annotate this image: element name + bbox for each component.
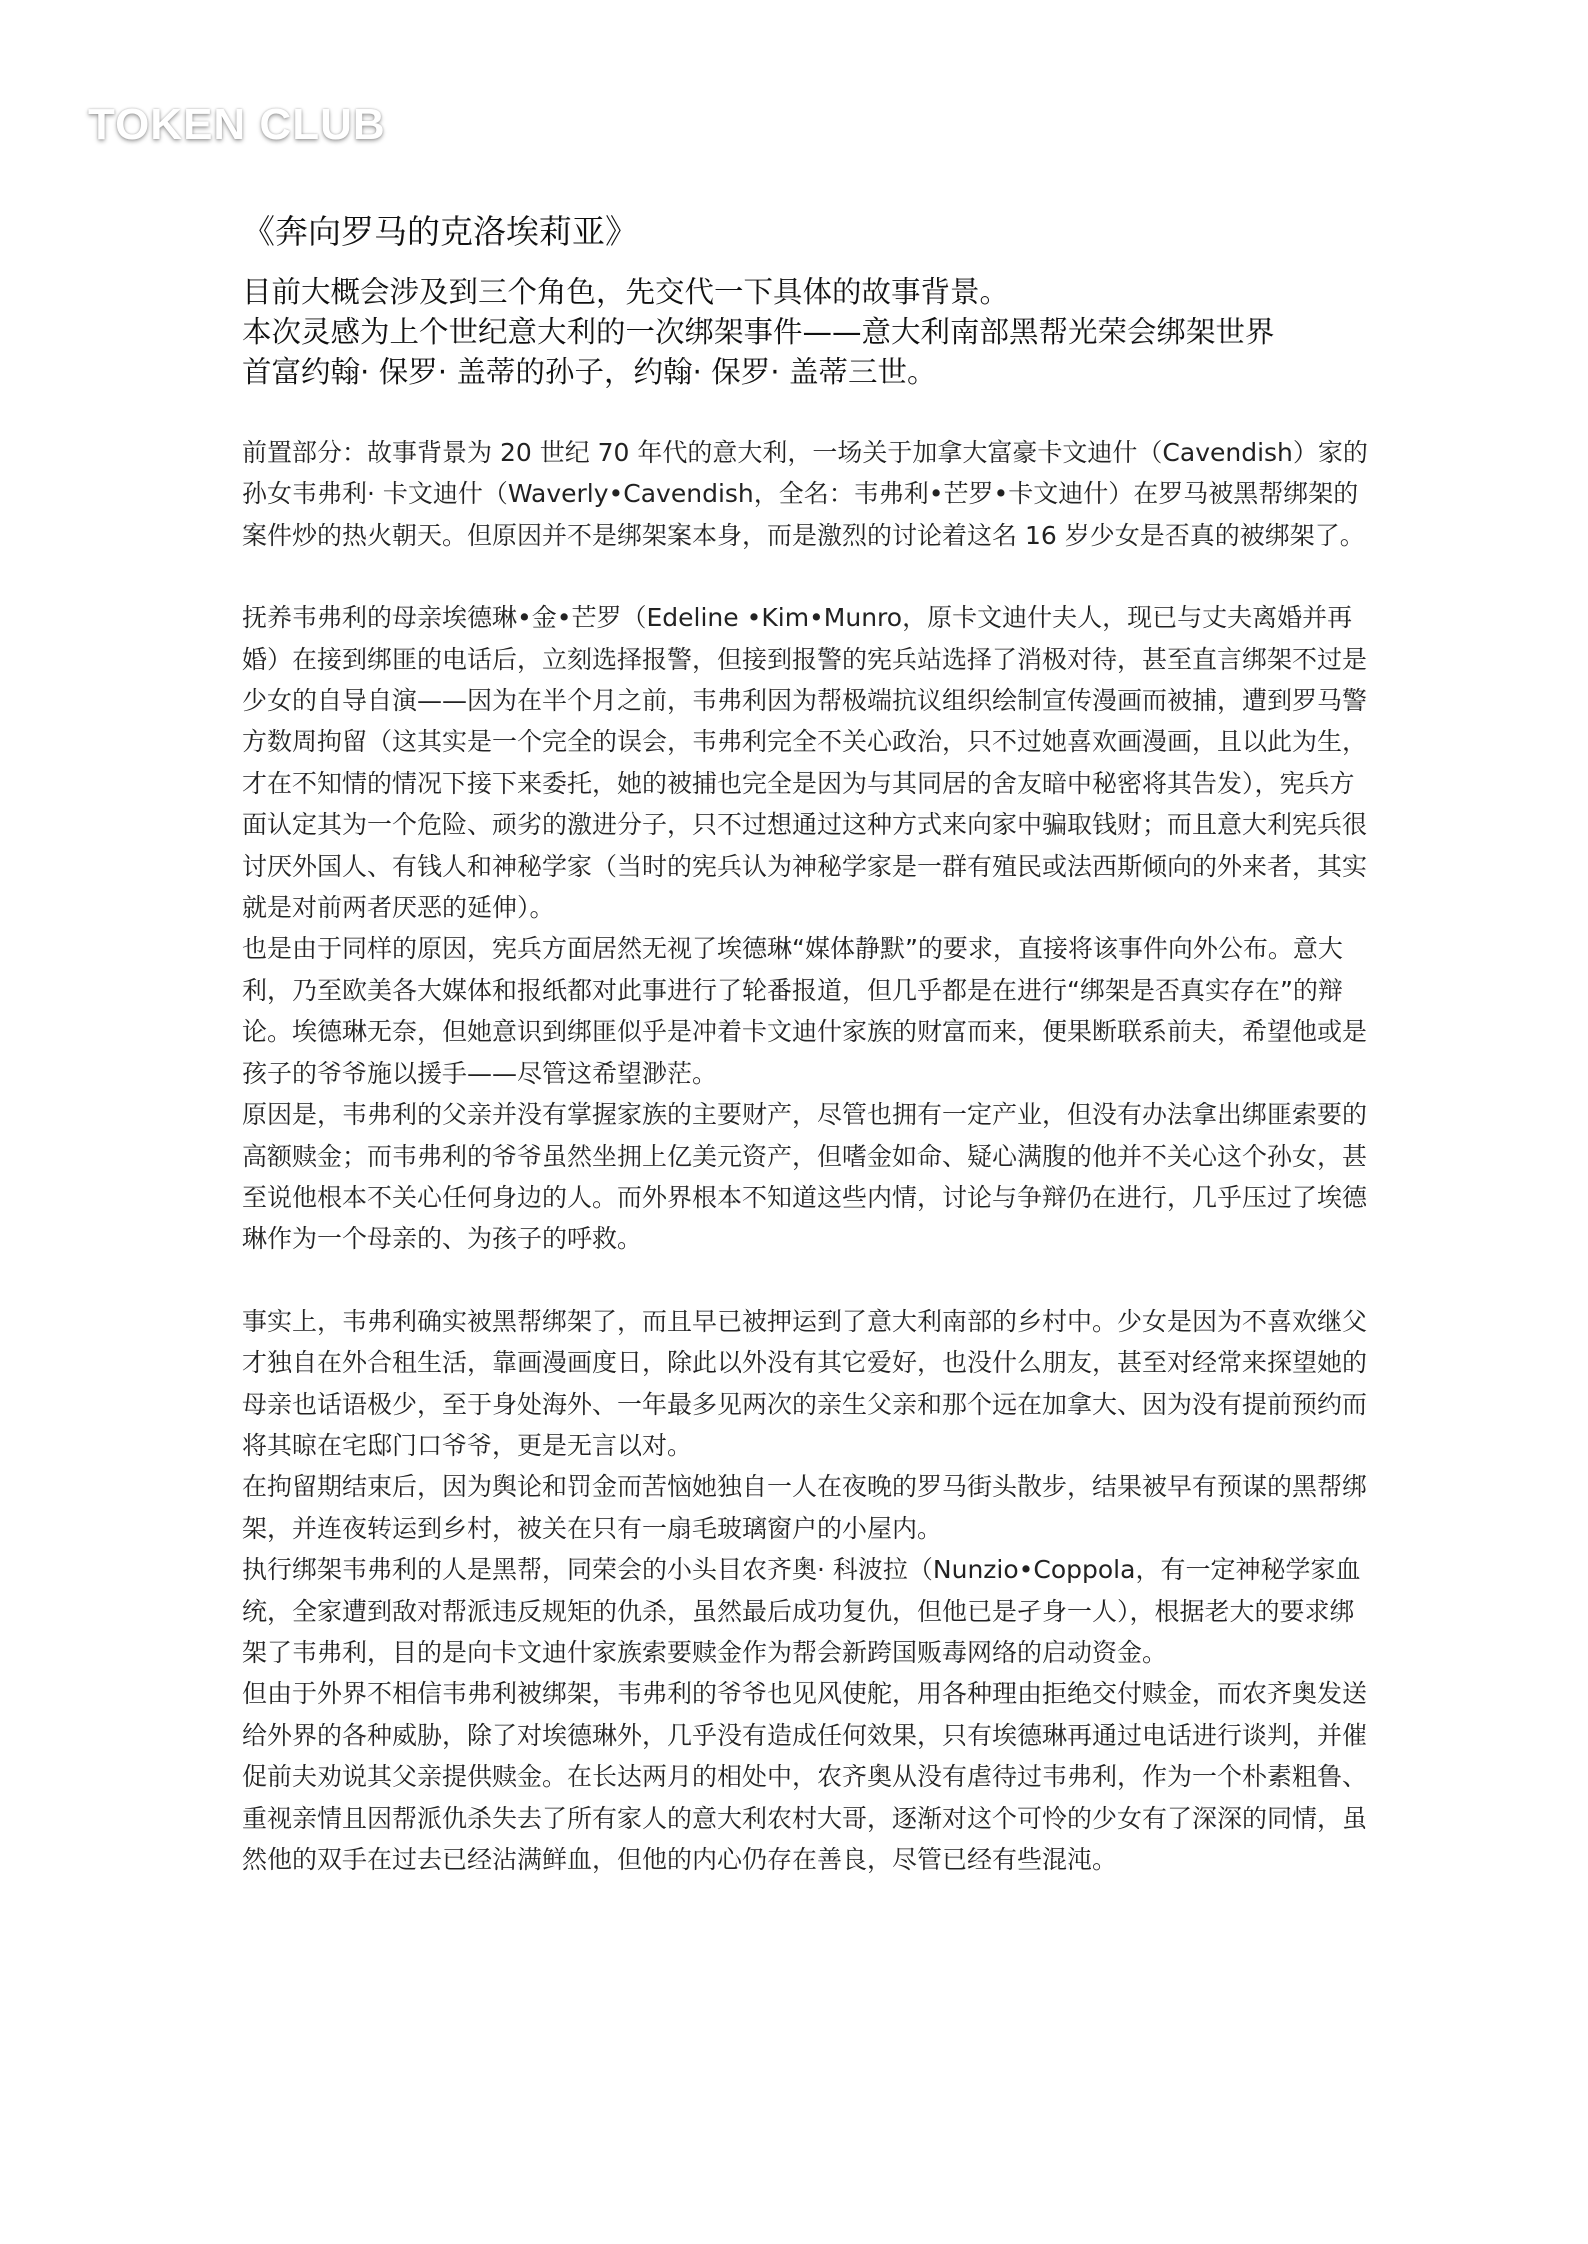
intro-line: 目前大概会涉及到三个角色，先交代一下具体的故事背景。	[242, 272, 1372, 312]
paragraph-spacer	[242, 1260, 1372, 1301]
story-background: 前置部分：故事背景为 20 世纪 70 年代的意大利，一场关于加拿大富豪卡文迪什…	[242, 432, 1372, 1880]
paragraph-prologue: 前置部分：故事背景为 20 世纪 70 年代的意大利，一场关于加拿大富豪卡文迪什…	[242, 432, 1372, 556]
paragraph-truth: 事实上，韦弗利确实被黑帮绑架了，而且早已被押运到了意大利南部的乡村中。少女是因为…	[242, 1301, 1372, 1467]
paragraph-spacer	[242, 556, 1372, 597]
document-body: 《奔向罗马的克洛埃莉亚》 目前大概会涉及到三个角色，先交代一下具体的故事背景。 …	[242, 208, 1372, 1880]
paragraph-media: 也是由于同样的原因，宪兵方面居然无视了埃德琳“媒体静默”的要求，直接将该事件向外…	[242, 928, 1372, 1094]
intro-line: 首富约翰· 保罗· 盖蒂的孙子，约翰· 保罗· 盖蒂三世。	[242, 352, 1372, 392]
paragraph-abduction: 在拘留期结束后，因为舆论和罚金而苦恼她独自一人在夜晚的罗马街头散步，结果被早有预…	[242, 1466, 1372, 1549]
paragraph-mother: 抚养韦弗利的母亲埃德琳•金•芒罗（Edeline •Kim•Munro，原卡文迪…	[242, 597, 1372, 928]
paragraph-kidnapper: 执行绑架韦弗利的人是黑帮，同荣会的小头目农齐奥· 科波拉（Nunzio•Copp…	[242, 1549, 1372, 1673]
intro-block: 目前大概会涉及到三个角色，先交代一下具体的故事背景。 本次灵感为上个世纪意大利的…	[242, 272, 1372, 392]
document-title: 《奔向罗马的克洛埃莉亚》	[242, 208, 1372, 256]
paragraph-reason: 原因是，韦弗利的父亲并没有掌握家族的主要财产，尽管也拥有一定产业，但没有办法拿出…	[242, 1094, 1372, 1260]
paragraph-negotiation: 但由于外界不相信韦弗利被绑架，韦弗利的爷爷也见风使舵，用各种理由拒绝交付赎金，而…	[242, 1673, 1372, 1880]
watermark-logo: TOKEN CLUB	[88, 100, 386, 150]
intro-line: 本次灵感为上个世纪意大利的一次绑架事件——意大利南部黑帮光荣会绑架世界	[242, 312, 1372, 352]
